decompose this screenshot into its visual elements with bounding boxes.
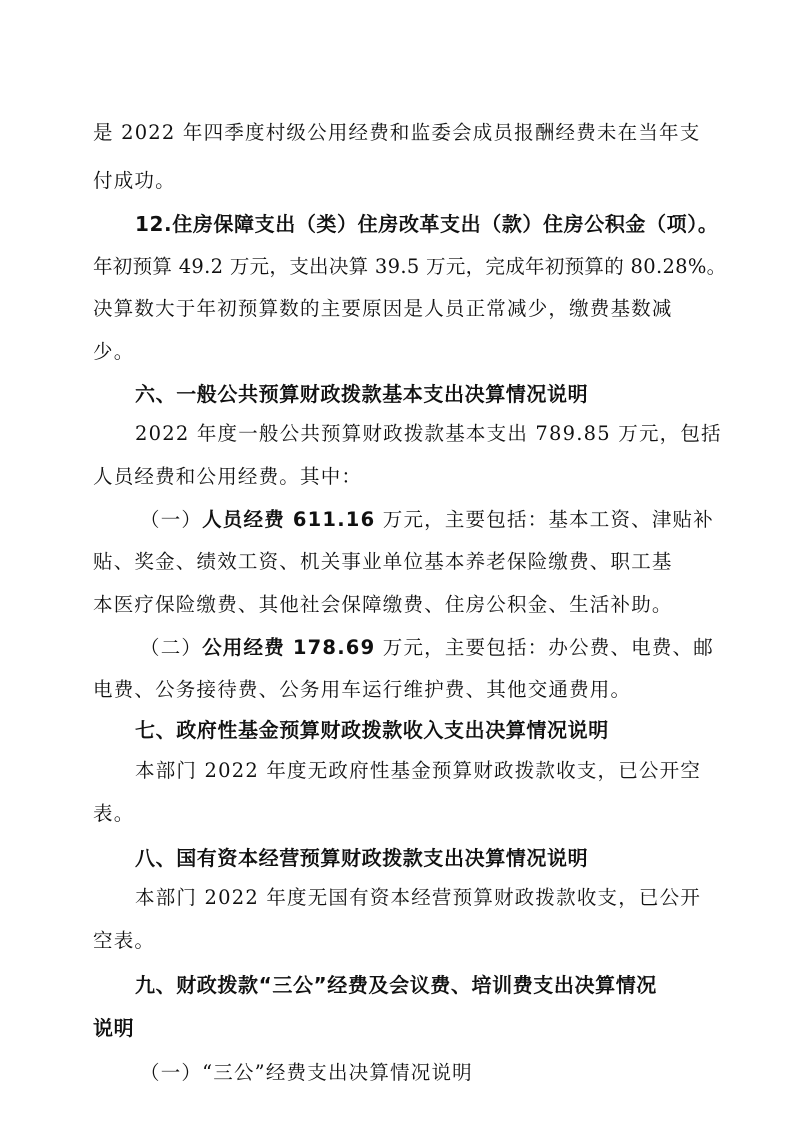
section-heading-6: 六、一般公共预算财政拨款基本支出决算情况说明: [135, 381, 588, 407]
section-heading-8: 八、国有资本经营预算财政拨款支出决算情况说明: [135, 845, 588, 871]
sub-heading-three-public: （一）“三公”经费支出决算情况说明: [140, 1060, 473, 1086]
paragraph-line: 付成功。: [93, 168, 176, 194]
section-heading-9: 九、财政拨款“三公”经费及会议费、培训费支出决算情况: [135, 972, 657, 998]
sub-item-bold: 人员经费 611.16: [202, 508, 375, 531]
paragraph-line: 贴、奖金、绩效工资、机关事业单位基本养老保险缴费、职工基: [93, 549, 673, 575]
paragraph-line: 2022 年度一般公共预算财政拨款基本支出 789.85 万元，包括: [135, 421, 722, 447]
sub-item-personnel: （一）人员经费 611.16 万元，主要包括：基本工资、津贴补: [140, 507, 714, 533]
paragraph-line: 电费、公务接待费、公务用车运行维护费、其他交通费用。: [93, 677, 631, 703]
item-heading-12: 12.住房保障支出（类）住房改革支出（款）住房公积金（项）。: [135, 211, 718, 237]
sub-item-bold: 公用经费 178.69: [202, 636, 375, 659]
paragraph-line: 人员经费和公用经费。其中：: [93, 464, 362, 490]
paragraph-line: 决算数大于年初预算数的主要原因是人员正常减少，缴费基数减: [93, 296, 673, 322]
paragraph-line: 本部门 2022 年度无政府性基金预算财政拨款收支，已公开空: [135, 758, 701, 784]
paragraph-line: 空表。: [93, 928, 155, 954]
sub-item-prefix: （一）: [140, 508, 202, 531]
paragraph-line: 本部门 2022 年度无国有资本经营预算财政拨款收支，已公开: [135, 885, 701, 911]
paragraph-line: 本医疗保险缴费、其他社会保障缴费、住房公积金、生活补助。: [93, 592, 673, 618]
sub-item-public: （二）公用经费 178.69 万元，主要包括：办公费、电费、邮: [140, 635, 714, 661]
paragraph-line: 少。: [93, 339, 134, 365]
sub-item-text: 万元，主要包括：办公费、电费、邮: [375, 636, 714, 659]
sub-item-text: 万元，主要包括：基本工资、津贴补: [375, 508, 714, 531]
paragraph-line: 表。: [93, 801, 134, 827]
paragraph-line: 是 2022 年四季度村级公用经费和监委会成员报酬经费未在当年支: [93, 120, 700, 146]
paragraph-line: 年初预算 49.2 万元，支出决算 39.5 万元，完成年初预算的 80.28%…: [93, 254, 726, 280]
sub-item-prefix: （二）: [140, 636, 202, 659]
section-heading-7: 七、政府性基金预算财政拨款收入支出决算情况说明: [135, 717, 609, 743]
section-heading-9-cont: 说明: [93, 1015, 134, 1041]
